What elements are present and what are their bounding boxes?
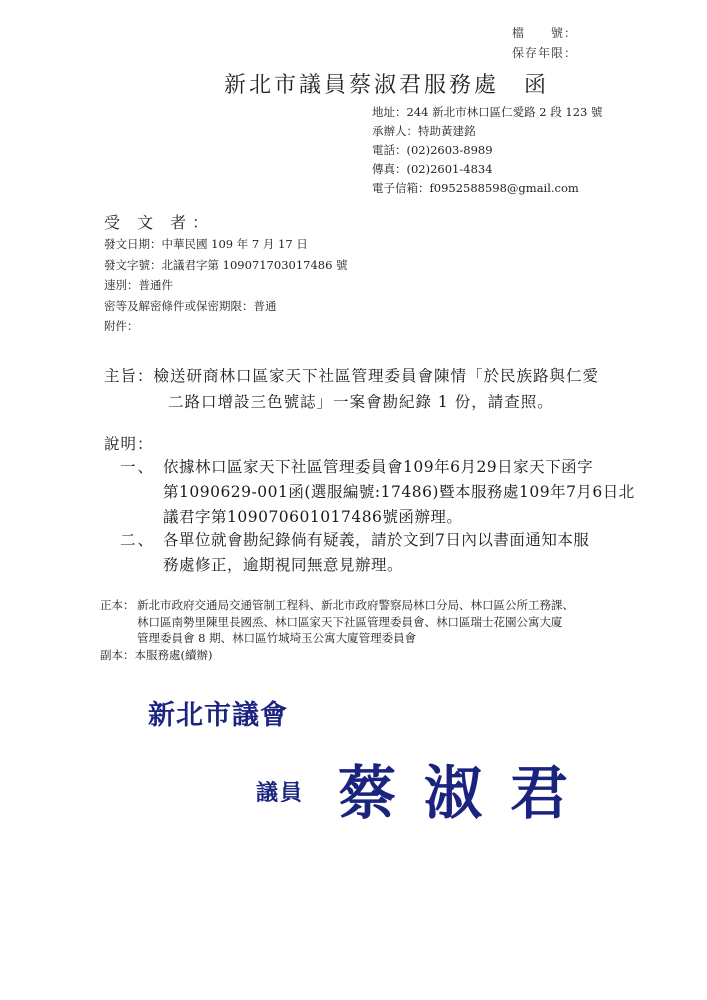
copy-recipients: 本服務處(續辦) xyxy=(135,648,213,662)
copy-recipients-label: 副本： xyxy=(100,648,135,662)
contact-fax: 傳真：(02)2601-4834 xyxy=(372,160,603,179)
contact-block: 地址：244 新北市林口區仁愛路 2 段 123 號 承辦人：特助黃建銘 電話：… xyxy=(372,103,603,198)
item-line: 議君字第109070601017486號函辦理。 xyxy=(163,505,635,530)
councilor-role-text: 議員 xyxy=(256,776,304,807)
item-line: 務處修正，逾期視同無意見辦理。 xyxy=(163,553,589,578)
classification: 密等及解密條件或保密期限：普通 xyxy=(104,296,348,317)
explanation-label: 說明： xyxy=(104,432,154,454)
contact-email: 電子信箱：f0952588598@gmail.com xyxy=(372,179,603,198)
subject-line-1: 主旨：檢送研商林口區家天下社區管理委員會陳情「於民族路與仁愛 xyxy=(104,363,599,389)
attachment: 附件： xyxy=(104,316,348,337)
item-line: 第1090629-001函(選服編號:17486)暨本服務處109年7月6日北 xyxy=(163,480,635,505)
item-line: 各單位就會勘紀錄倘有疑義，請於文到7日內以書面通知本服 xyxy=(163,528,589,553)
recipient-label: 受 文 者： xyxy=(104,210,214,233)
subject-block: 主旨：檢送研商林口區家天下社區管理委員會陳情「於民族路與仁愛 二路口增設三色號誌… xyxy=(104,363,599,415)
file-number-label: 檔 號： xyxy=(512,24,577,41)
distribution-block: 正本： 新北市政府交通局交通管制工程科、新北市政府警察局林口分局、林口區公所工務… xyxy=(100,597,574,663)
original-recipients-line: 林口區南勢里陳里長國烝、林口區家天下社區管理委員會、林口區瑞士花園公寓大廈 xyxy=(137,614,574,631)
original-recipients-line: 管理委員會 8 期、林口區竹城埼玉公寓大廈管理委員會 xyxy=(137,630,574,647)
retention-label: 保存年限： xyxy=(512,44,577,61)
document-info: 發文日期：中華民國 109 年 7 月 17 日 發文字號：北議君字第 1090… xyxy=(104,234,348,337)
original-recipients-label: 正本： xyxy=(100,597,135,614)
item-number: 二、 xyxy=(120,528,155,550)
contact-address: 地址：244 新北市林口區仁愛路 2 段 123 號 xyxy=(372,103,603,122)
contact-handler: 承辦人：特助黃建銘 xyxy=(372,122,603,141)
document-number: 發文字號：北議君字第 109071703017486 號 xyxy=(104,255,348,276)
council-seal-text: 新北市議會 xyxy=(148,693,288,732)
item-text: 依據林口區家天下社區管理委員會109年6月29日家天下函字 第1090629-0… xyxy=(163,455,635,530)
councilor-name-seal: 蔡淑君 xyxy=(338,746,596,830)
item-line: 依據林口區家天下社區管理委員會109年6月29日家天下函字 xyxy=(163,455,635,480)
subject-line-2: 二路口增設三色號誌」一案會勘紀錄 1 份，請查照。 xyxy=(104,389,599,415)
contact-phone: 電話：(02)2603-8989 xyxy=(372,141,603,160)
delivery-speed: 速別：普通件 xyxy=(104,275,348,296)
original-recipients-line: 新北市政府交通局交通管制工程科、新北市政府警察局林口分局、林口區公所工務課、 xyxy=(137,597,574,614)
item-number: 一、 xyxy=(120,455,155,477)
item-text: 各單位就會勘紀錄倘有疑義，請於文到7日內以書面通知本服 務處修正，逾期視同無意見… xyxy=(163,528,589,578)
issue-date: 發文日期：中華民國 109 年 7 月 17 日 xyxy=(104,234,348,255)
document-title: 新北市議員蔡淑君服務處 函 xyxy=(224,68,549,99)
